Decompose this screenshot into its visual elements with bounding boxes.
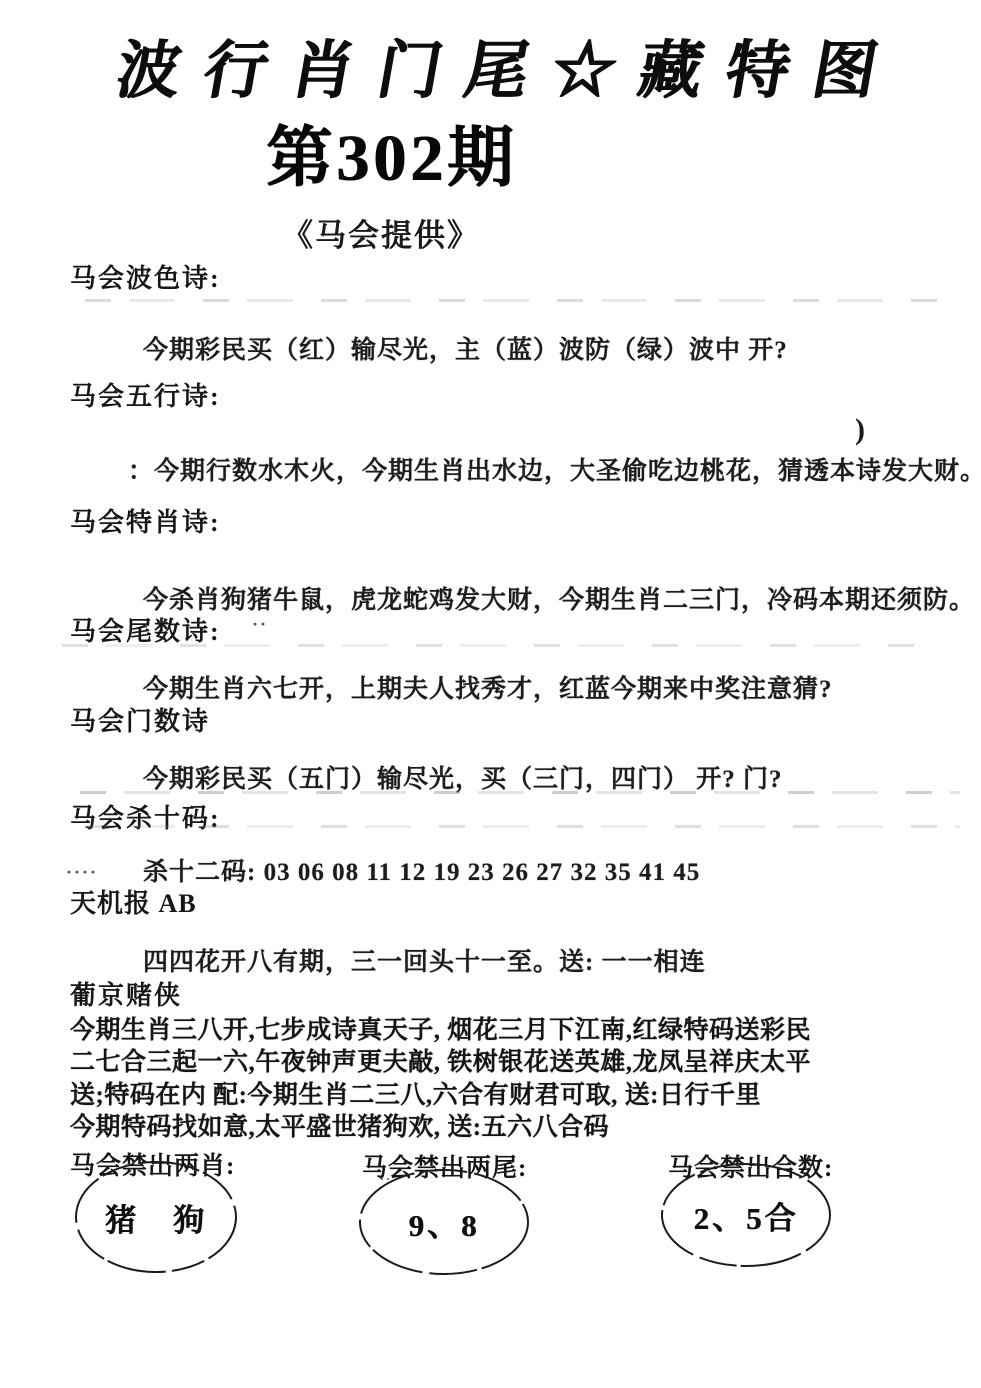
poem-weishu: 今期生肖六七开，上期夫人找秀才，红蓝今期来中奖注意猜? (143, 669, 833, 705)
pujing-line: 送;特码在内 配:今期生肖二三八,六合有财君可取, 送:日行千里 (70, 1075, 761, 1111)
ban-ellipse-liangwei: 9、8 (356, 1166, 532, 1278)
section-label-shashima: 马会杀十码: (70, 798, 221, 835)
issue-number: 第302期 (266, 104, 517, 199)
section-label-weishu: 马会尾数诗: (70, 611, 221, 648)
lottery-tip-sheet: 波行肖门尾☆藏特图 第302期 《马会提供》 马会波色诗: 今期彩民买（红）输尽… (0, 0, 981, 1388)
poem-wuxing: ：今期行数水木火，今期生肖出水边，大圣偷吃边桃花，猜透本诗发大财。 解（?） (128, 451, 981, 487)
pujing-line: 今期生肖三八开,七步成诗真天子, 烟花三月下江南,红绿特码送彩民 (70, 1010, 811, 1046)
scan-artifact (85, 825, 960, 828)
poem-menshu: 今期彩民买（五门）输尽光，买（三门，四门） 开? 门? (143, 759, 783, 795)
scan-artifact (85, 299, 955, 302)
section-label-texiao: 马会特肖诗: (70, 502, 221, 539)
section-label-bose: 马会波色诗: (70, 258, 221, 295)
scan-dots: ···· (66, 862, 98, 883)
ban-value-liangxiao: 猪 狗 (72, 1158, 240, 1276)
provider-heading: 《马会提供》 (282, 210, 480, 255)
stray-paren: ) (855, 413, 865, 447)
pujing-line: 二七合三起一六,午夜钟声更夫敲, 铁树银花送英雄,龙凤呈祥庆太平 (70, 1042, 811, 1078)
section-label-pujing: 葡京赌侠 (70, 975, 182, 1012)
section-label-wuxing: 马会五行诗: (70, 376, 221, 413)
ban-value-liangwei: 9、8 (356, 1166, 532, 1278)
section-label-menshu: 马会门数诗 (70, 701, 210, 738)
poem-tianjibao: 四四花开八有期，三一回头十一至。送: 一一相连 (143, 942, 706, 978)
poem-shashima: 杀十二码: 03 06 08 11 12 19 23 26 27 32 35 4… (143, 852, 700, 888)
poem-texiao: 今杀肖狗猪牛鼠，虎龙蛇鸡发大财，今期生肖二三门，冷码本期还须防。 开? (143, 580, 981, 616)
scan-artifact (62, 644, 920, 647)
ban-value-heshu: 2、5合 (658, 1160, 834, 1270)
ban-ellipse-liangxiao: 猪 狗 (72, 1158, 240, 1276)
scan-dots: ·· (252, 614, 268, 635)
ban-ellipse-heshu: 2、5合 (658, 1160, 834, 1270)
section-label-tianjibao: 天机报 AB (70, 883, 197, 920)
scan-artifact (80, 791, 960, 794)
page-title: 波行肖门尾☆藏特图 (110, 20, 966, 111)
poem-bose: 今期彩民买（红）输尽光，主（蓝）波防（绿）波中 开? (143, 330, 788, 366)
pujing-line: 今期特码找如意,太平盛世猪狗欢, 送:五六八合码 (70, 1107, 609, 1143)
